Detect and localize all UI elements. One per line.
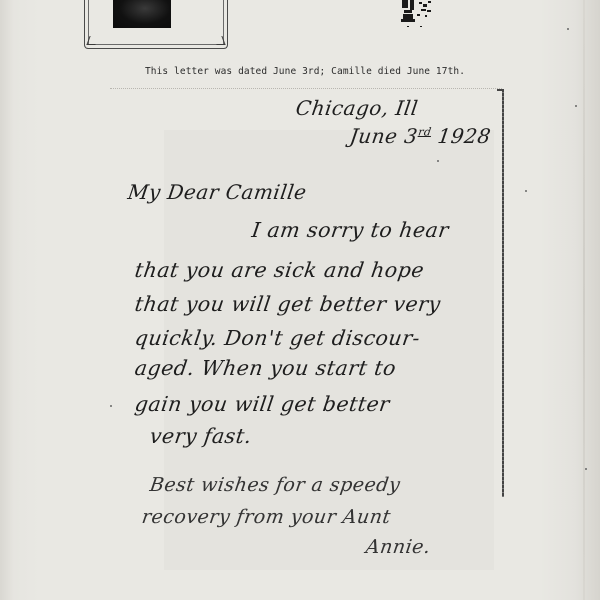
letter-right-edge: [502, 89, 504, 497]
scan-speck: [437, 160, 439, 162]
date-ordinal: rd: [417, 125, 432, 138]
scan-speck: [567, 28, 569, 30]
scan-speck: [575, 105, 577, 107]
scanned-page: This letter was dated June 3rd; Camille …: [0, 0, 600, 600]
scan-speck: [525, 190, 527, 192]
letter-signature: Annie.: [364, 536, 432, 558]
ornament-illustration-icon: [395, 0, 445, 30]
letter-place: Chicago, Ill: [294, 96, 419, 120]
letter-body-line: quickly. Don't get discour-: [133, 326, 421, 350]
letter-date: June 3rd 1928: [348, 124, 492, 148]
letter-body-line: gain you will get better: [133, 392, 391, 416]
date-day: June 3: [348, 124, 419, 148]
letter-body-line: very fast.: [148, 424, 253, 448]
scan-speck: [585, 468, 587, 470]
photograph-image: [113, 0, 171, 28]
letter-closing-line: recovery from your Aunt: [140, 506, 392, 528]
date-year: 1928: [436, 124, 492, 148]
letter-body-line: that you will get better very: [133, 292, 442, 316]
letter-closing-line: Best wishes for a speedy: [148, 474, 401, 496]
letter-body-line: that you are sick and hope: [133, 258, 425, 282]
letter-salutation: My Dear Camille: [126, 180, 308, 204]
typed-caption: This letter was dated June 3rd; Camille …: [0, 66, 600, 77]
letter-body-line: aged. When you start to: [133, 356, 397, 380]
page-fold-shadow: [583, 0, 585, 600]
scan-speck: [110, 405, 112, 407]
letter-body-line: I am sorry to hear: [250, 218, 450, 242]
